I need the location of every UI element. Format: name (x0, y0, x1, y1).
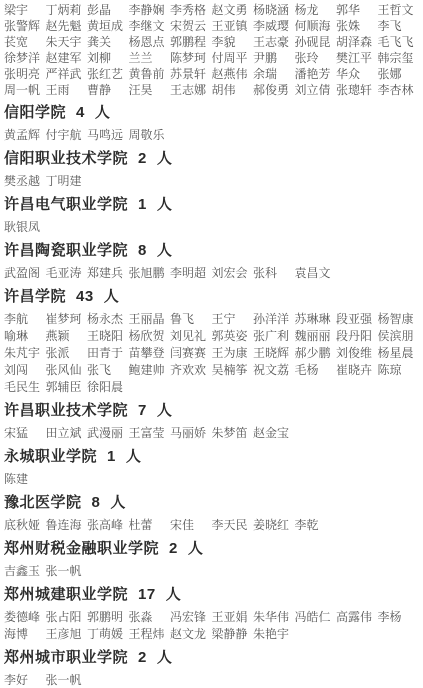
person-name: 袁昌文 (295, 265, 337, 282)
person-name: 王亚娟 (212, 609, 254, 626)
person-name: 杨星晨 (378, 345, 420, 362)
section-header: 许昌电气职业学院1人 (0, 197, 423, 213)
person-name: 马鸣远 (87, 127, 129, 144)
section-title: 许昌职业技术学院 (4, 402, 128, 419)
section-unit: 人 (126, 448, 142, 465)
person-name: 刘闯 (4, 362, 46, 379)
person-name: 王宁 (212, 311, 254, 328)
person-name: 张风仙 (46, 362, 88, 379)
section-unit: 人 (188, 540, 204, 557)
section-member-grid: 李航崔梦珂杨永杰王丽晶鲁飞王宁孙洋洋苏琳琳段亚强杨智康喻琳燕颖王晓阳杨欣贺刘见礼… (0, 311, 423, 396)
person-name: 李杏林 (378, 82, 420, 98)
person-name: 杨欣贺 (129, 328, 171, 345)
person-name: 龚关 (87, 34, 129, 50)
section-member-grid: 底秋娅鲁连海张高峰杜蕾宋佳李天民姜晓红李乾 (0, 517, 423, 534)
person-name: 朱艳宇 (253, 626, 295, 643)
sections-container: 信阳学院4人黄孟辉付宇航马鸣远周敬乐信阳职业技术学院2人樊丞越丁明建许昌电气职业… (0, 105, 423, 688)
person-name: 丁明建 (46, 173, 88, 190)
person-name: 吴楠筝 (212, 362, 254, 379)
person-name: 刘宏会 (212, 265, 254, 282)
section-title: 郑州财税金融职业学院 (4, 540, 159, 557)
person-name: 郝少鹏 (295, 345, 337, 362)
person-name: 王彦旭 (46, 626, 88, 643)
person-name: 张一帆 (46, 563, 88, 580)
section-header: 郑州城市职业学院2人 (0, 650, 423, 666)
person-name: 朱梦笛 (212, 425, 254, 442)
person-name: 潘艳芳 (295, 66, 337, 82)
person-name: 尹鹏 (253, 50, 295, 66)
person-name: 闫赛赛 (170, 345, 212, 362)
person-name: 王为康 (212, 345, 254, 362)
person-name: 刘立倩 (295, 82, 337, 98)
person-name: 张娜 (378, 66, 420, 82)
person-name: 苏景轩 (170, 66, 212, 82)
person-name: 汪昊 (129, 82, 171, 98)
person-name: 梁宇 (4, 2, 46, 18)
section-member-grid: 吉鑫玉张一帆 (0, 563, 423, 580)
person-name: 徐梦洋 (4, 50, 46, 66)
person-name: 鲁连海 (46, 517, 88, 534)
section-unit: 人 (95, 104, 111, 121)
person-name: 赵文勇 (212, 2, 254, 18)
person-name: 马丽娇 (170, 425, 212, 442)
section-unit: 人 (157, 649, 173, 666)
section-title: 郑州城建职业学院 (4, 586, 128, 603)
person-name: 底秋娅 (4, 517, 46, 534)
person-name: 王志豪 (253, 34, 295, 50)
section-count: 1 (107, 448, 116, 465)
section-count: 2 (138, 649, 147, 666)
section-unit: 人 (110, 494, 126, 511)
person-name: 赵燕伟 (212, 66, 254, 82)
section-count: 8 (138, 242, 147, 259)
person-name: 李秀格 (170, 2, 212, 18)
person-name: 崔梦珂 (46, 311, 88, 328)
person-name: 严祥武 (46, 66, 88, 82)
person-name: 朱华伟 (253, 609, 295, 626)
person-name: 刘柳 (87, 50, 129, 66)
section-header: 信阳学院4人 (0, 105, 423, 121)
section-title: 信阳学院 (4, 104, 66, 121)
person-name: 宋猛 (4, 425, 46, 442)
person-name: 胡泽森 (336, 34, 378, 50)
person-name: 杜蕾 (129, 517, 171, 534)
person-name: 王程炜 (129, 626, 171, 643)
person-name: 樊丞越 (4, 173, 46, 190)
person-name: 鲁飞 (170, 311, 212, 328)
person-name: 崔晓卉 (336, 362, 378, 379)
person-name: 张广利 (253, 328, 295, 345)
person-name: 鲍建帅 (129, 362, 171, 379)
person-name: 田立斌 (46, 425, 88, 442)
person-name: 王丽晶 (129, 311, 171, 328)
person-name: 王亚镇 (212, 18, 254, 34)
person-name: 张玲 (295, 50, 337, 66)
person-name: 苗攀登 (129, 345, 171, 362)
person-name: 冯宏锋 (170, 609, 212, 626)
section-unit: 人 (104, 288, 120, 305)
top-name-grid: 梁宇丁炳莉彭晶李静娴李秀格赵文勇杨晓涵杨龙郭华王哲文张警辉赵先魁黄垣成李继文宋贺… (0, 2, 423, 98)
person-name: 段亚强 (336, 311, 378, 328)
person-name: 兰兰 (129, 50, 171, 66)
person-name: 苏琳琳 (295, 311, 337, 328)
person-name: 李乾 (295, 517, 337, 534)
person-name: 杨龙 (295, 2, 337, 18)
person-name: 毛杨 (295, 362, 337, 379)
person-name: 赵先魁 (46, 18, 88, 34)
person-name: 王哲文 (378, 2, 420, 18)
person-name: 郭华 (336, 2, 378, 18)
section-header: 豫北医学院8人 (0, 495, 423, 511)
section-count: 4 (76, 104, 85, 121)
person-name: 毛民生 (4, 379, 46, 396)
person-name: 陈建 (4, 471, 46, 488)
person-name: 朱天宇 (46, 34, 88, 50)
person-name: 李天民 (212, 517, 254, 534)
person-name: 高露伟 (336, 609, 378, 626)
person-name: 赵文龙 (170, 626, 212, 643)
person-name: 王晓辉 (253, 345, 295, 362)
person-name: 娄德峰 (4, 609, 46, 626)
section-header: 许昌学院43人 (0, 289, 423, 305)
section-member-grid: 李好张一帆 (0, 672, 423, 688)
person-name: 李貌 (212, 34, 254, 50)
person-name: 梁静静 (212, 626, 254, 643)
section-header: 郑州城建职业学院17人 (0, 587, 423, 603)
section-title: 永城职业学院 (4, 448, 97, 465)
section-unit: 人 (166, 586, 182, 603)
person-name: 张旭鹏 (129, 265, 171, 282)
section-header: 郑州财税金融职业学院2人 (0, 541, 423, 557)
person-name: 朱芃宇 (4, 345, 46, 362)
person-name: 冯皓仁 (295, 609, 337, 626)
person-name: 燕颖 (46, 328, 88, 345)
person-name: 杨晓涵 (253, 2, 295, 18)
section-member-grid: 宋猛田立斌武漫丽王富莹马丽娇朱梦笛赵金宝 (0, 425, 423, 442)
section-title: 豫北医学院 (4, 494, 82, 511)
person-name: 郑建兵 (87, 265, 129, 282)
person-name: 杨智康 (378, 311, 420, 328)
person-name: 孙洋洋 (253, 311, 295, 328)
person-name: 付周平 (212, 50, 254, 66)
section-count: 8 (92, 494, 101, 511)
section-title: 许昌陶瓷职业学院 (4, 242, 128, 259)
person-name: 陈琼 (378, 362, 420, 379)
person-name: 张飞 (87, 362, 129, 379)
person-name: 李杨 (378, 609, 420, 626)
person-name: 田青于 (87, 345, 129, 362)
section-title: 郑州城市职业学院 (4, 649, 128, 666)
person-name: 孙砚昆 (295, 34, 337, 50)
person-name: 丁炳莉 (46, 2, 88, 18)
person-name: 郭鹏明 (87, 609, 129, 626)
person-name: 胡伟 (212, 82, 254, 98)
person-name: 宋贺云 (170, 18, 212, 34)
person-name: 齐欢欢 (170, 362, 212, 379)
section-count: 43 (76, 288, 94, 305)
section-count: 7 (138, 402, 147, 419)
person-name: 余瑞 (253, 66, 295, 82)
person-name: 喻琳 (4, 328, 46, 345)
person-name: 华众 (336, 66, 378, 82)
person-name: 杨恩点 (129, 34, 171, 50)
roster-document: 梁宇丁炳莉彭晶李静娴李秀格赵文勇杨晓涵杨龙郭华王哲文张警辉赵先魁黄垣成李继文宋贺… (0, 0, 423, 688)
person-name: 何顺海 (295, 18, 337, 34)
person-name: 陈梦珂 (170, 50, 212, 66)
person-name: 周一帆 (4, 82, 46, 98)
person-name: 张姝 (336, 18, 378, 34)
person-name: 刘见礼 (170, 328, 212, 345)
person-name: 张明亮 (4, 66, 46, 82)
person-name: 吉鑫玉 (4, 563, 46, 580)
section-count: 1 (138, 196, 147, 213)
section-member-grid: 武盈阁毛亚涛郑建兵张旭鹏李明超刘宏会张科袁昌文 (0, 265, 423, 282)
person-name: 周敬乐 (129, 127, 171, 144)
person-name: 王晓阳 (87, 328, 129, 345)
person-name: 张高峰 (87, 517, 129, 534)
person-name: 韩宗玺 (378, 50, 420, 66)
person-name: 李好 (4, 672, 46, 688)
person-name: 樊江平 (336, 50, 378, 66)
section-title: 信阳职业技术学院 (4, 150, 128, 167)
person-name: 毛飞飞 (378, 34, 420, 50)
person-name: 姜晓红 (253, 517, 295, 534)
person-name: 杨永杰 (87, 311, 129, 328)
person-name: 郝俊勇 (253, 82, 295, 98)
section-member-grid: 黄孟辉付宇航马鸣远周敬乐 (0, 127, 423, 144)
person-name: 张淼 (129, 609, 171, 626)
person-name: 李飞 (378, 18, 420, 34)
person-name: 黄鲁前 (129, 66, 171, 82)
person-name: 王志娜 (170, 82, 212, 98)
person-name: 段丹阳 (336, 328, 378, 345)
person-name: 郭英姿 (212, 328, 254, 345)
person-name: 彭晶 (87, 2, 129, 18)
person-name: 郭鹏程 (170, 34, 212, 50)
section-count: 17 (138, 586, 156, 603)
person-name: 曹静 (87, 82, 129, 98)
section-member-grid: 耿银凤 (0, 219, 423, 236)
person-name: 武漫丽 (87, 425, 129, 442)
person-name: 耿银凤 (4, 219, 46, 236)
section-member-grid: 陈建 (0, 471, 423, 488)
person-name: 丁萌媛 (87, 626, 129, 643)
person-name: 李明超 (170, 265, 212, 282)
person-name: 张一帆 (46, 672, 88, 688)
section-unit: 人 (157, 402, 173, 419)
section-count: 2 (138, 150, 147, 167)
person-name: 张璁轩 (336, 82, 378, 98)
person-name: 祝文荔 (253, 362, 295, 379)
person-name: 武盈阁 (4, 265, 46, 282)
person-name: 郭辅臣 (46, 379, 88, 396)
section-unit: 人 (157, 242, 173, 259)
section-member-grid: 娄德峰张占阳郭鹏明张淼冯宏锋王亚娟朱华伟冯皓仁高露伟李杨海博王彦旭丁萌媛王程炜赵… (0, 609, 423, 643)
section-unit: 人 (157, 150, 173, 167)
person-name: 王雨 (46, 82, 88, 98)
person-name: 毛亚涛 (46, 265, 88, 282)
person-name: 张派 (46, 345, 88, 362)
person-name: 魏丽丽 (295, 328, 337, 345)
section-header: 许昌陶瓷职业学院8人 (0, 243, 423, 259)
section-member-grid: 樊丞越丁明建 (0, 173, 423, 190)
section-title: 许昌电气职业学院 (4, 196, 128, 213)
person-name: 李静娴 (129, 2, 171, 18)
person-name: 刘俊维 (336, 345, 378, 362)
person-name: 李继文 (129, 18, 171, 34)
person-name: 李航 (4, 311, 46, 328)
person-name: 黄孟辉 (4, 127, 46, 144)
section-header: 信阳职业技术学院2人 (0, 151, 423, 167)
person-name: 苌宽 (4, 34, 46, 50)
person-name: 张警辉 (4, 18, 46, 34)
person-name: 付宇航 (46, 127, 88, 144)
person-name: 海博 (4, 626, 46, 643)
person-name: 宋佳 (170, 517, 212, 534)
person-name: 侯滨朋 (378, 328, 420, 345)
section-header: 永城职业学院1人 (0, 449, 423, 465)
person-name: 张占阳 (46, 609, 88, 626)
person-name: 黄垣成 (87, 18, 129, 34)
person-name: 李威璎 (253, 18, 295, 34)
person-name: 王富莹 (129, 425, 171, 442)
person-name: 徐阳晨 (87, 379, 129, 396)
person-name: 张红艺 (87, 66, 129, 82)
person-name: 张科 (253, 265, 295, 282)
section-count: 2 (169, 540, 178, 557)
section-unit: 人 (157, 196, 173, 213)
person-name: 赵建军 (46, 50, 88, 66)
person-name: 赵金宝 (253, 425, 295, 442)
section-header: 许昌职业技术学院7人 (0, 403, 423, 419)
section-title: 许昌学院 (4, 288, 66, 305)
